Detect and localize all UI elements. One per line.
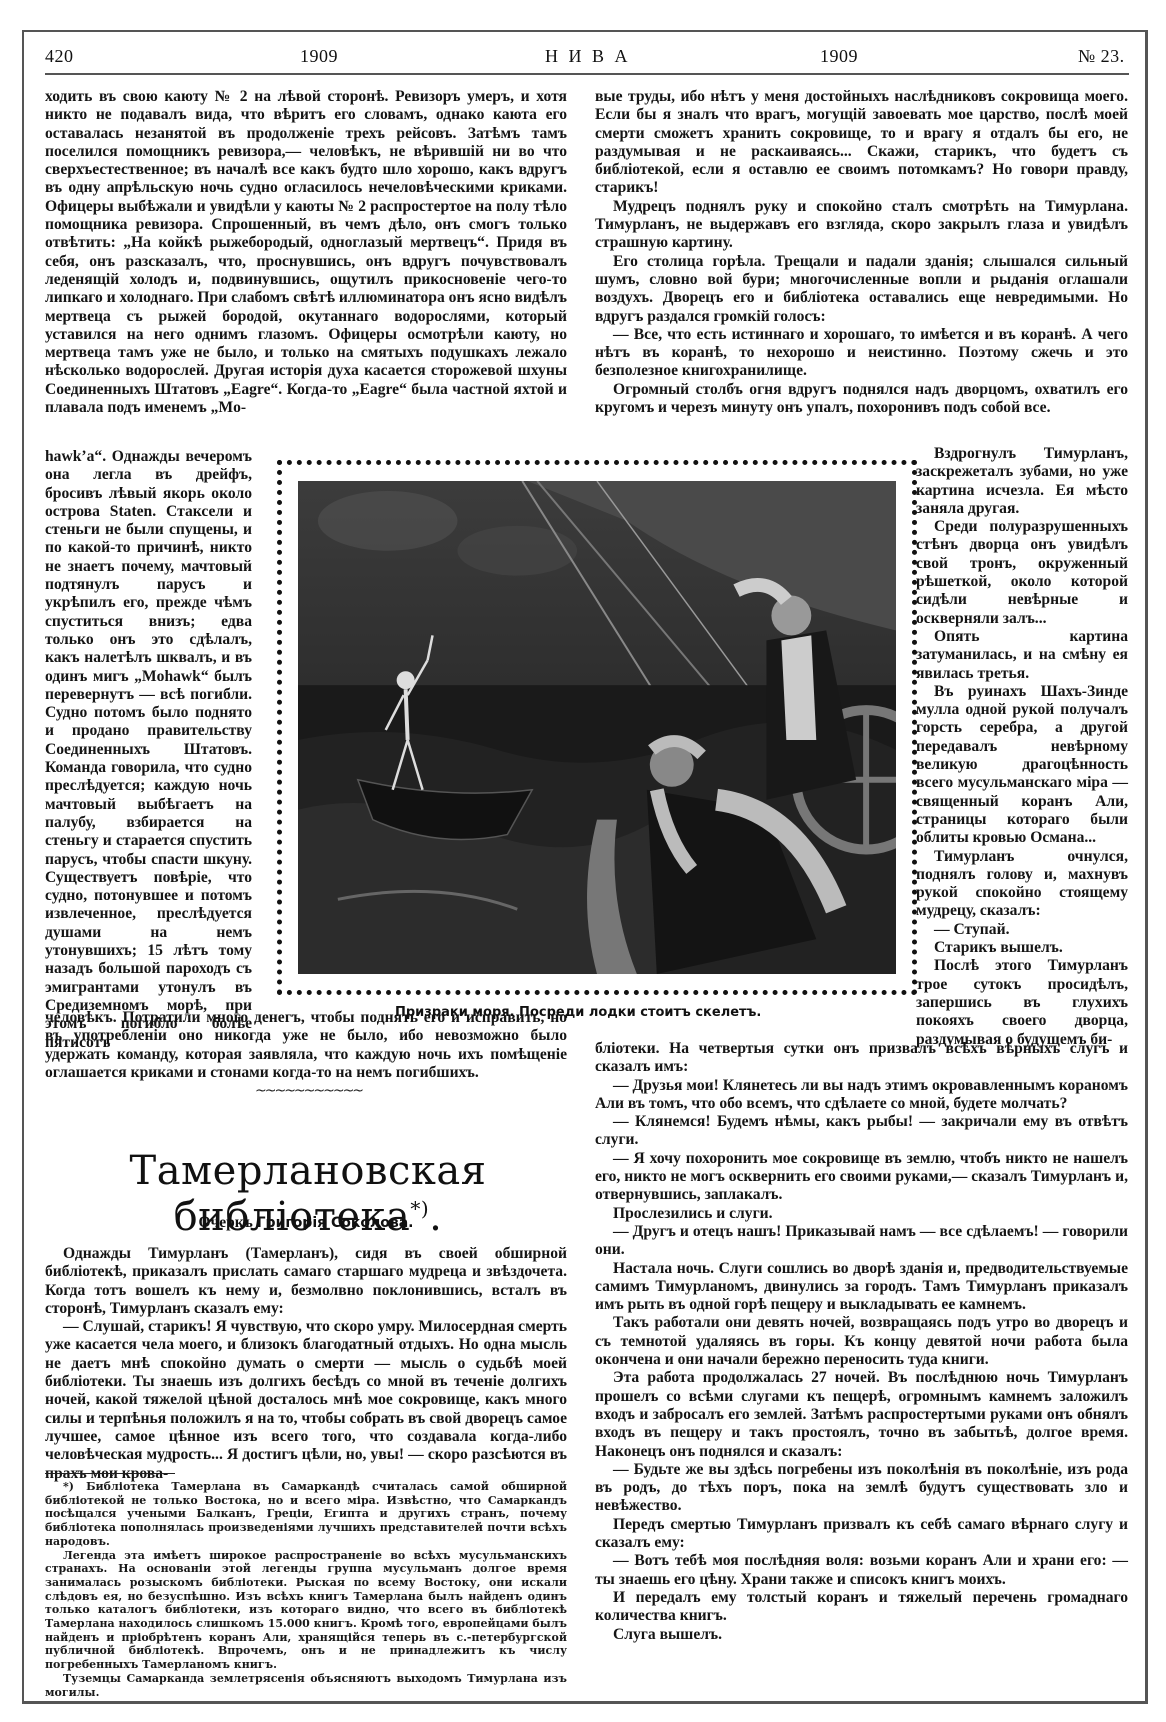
paragraph: — Ступай.: [916, 921, 1128, 939]
paragraph: вые труды, ибо нѣтъ у меня достойныхъ на…: [595, 88, 1128, 198]
paragraph: Прослезились и слуги.: [595, 1205, 1128, 1223]
header-rule: [45, 73, 1129, 75]
paragraph: — Другъ и отецъ нашъ! Приказывай намъ — …: [595, 1223, 1128, 1260]
issue-number: № 23.: [1078, 46, 1125, 67]
paragraph: — Друзья мои! Клянетесь ли вы надъ этимъ…: [595, 1077, 1128, 1114]
paragraph: Мудрецъ поднялъ руку и спокойно сталъ см…: [595, 198, 1128, 253]
article-right-narrow-column: Вздрогнулъ Тимурланъ, заскрежеталъ зубам…: [916, 445, 1128, 1049]
paragraph: Его столица горѣла. Трещали и падали зда…: [595, 253, 1128, 326]
section-ornament: ~~~~~~~~~~~: [255, 1083, 355, 1099]
byline-prefix: Очеркъ: [198, 1214, 252, 1231]
paragraph: — Я хочу похоронить мое сокровище въ зем…: [595, 1150, 1128, 1205]
left-narrow-column: hawk’a“. Однажды вечеромъ она легла въ д…: [45, 448, 252, 1052]
illustration-image: [298, 481, 896, 974]
footnote-rule: [45, 1473, 175, 1474]
paragraph: Такъ работали они девять ночей, возвраща…: [595, 1314, 1128, 1369]
journal-title: Н И В А: [545, 46, 631, 67]
article-right-column-bottom: бліотеки. На четвертыя сутки онъ призвал…: [595, 1040, 1128, 1644]
footnote: *) Библіотека Тамерлана въ Самаркандѣ сч…: [45, 1480, 567, 1549]
illustration-frame: [277, 460, 917, 995]
paragraph: Старикъ вышелъ.: [916, 939, 1128, 957]
ghost-ship-illustration-icon: [298, 481, 896, 974]
article-right-column-top: вые труды, ибо нѣтъ у меня достойныхъ на…: [595, 88, 1128, 417]
paragraph: Настала ночь. Слуги сошлись во дворѣ зда…: [595, 1260, 1128, 1315]
paragraph: бліотеки. На четвертыя сутки онъ призвал…: [595, 1040, 1128, 1077]
footnotes: *) Библіотека Тамерлана въ Самаркандѣ сч…: [45, 1480, 567, 1699]
paragraph: — Слушай, старикъ! Я чувствую, что скоро…: [45, 1318, 567, 1483]
paragraph: Среди полуразрушенныхъ стѣнъ дворца онъ …: [916, 518, 1128, 628]
paragraph: Слуга вышелъ.: [595, 1626, 1128, 1644]
paragraph: И передалъ ему толстый коранъ и тяжелый …: [595, 1589, 1128, 1626]
paragraph: — Вотъ тебѣ моя послѣдняя воля: возьми к…: [595, 1552, 1128, 1589]
paragraph: Огромный столбъ огня вдругъ поднялся над…: [595, 381, 1128, 418]
article-byline: Очеркъ Григорія Соколова.: [45, 1214, 567, 1232]
left-column-top: ходить въ свою каюту № 2 на лѣвой сторон…: [45, 88, 567, 417]
footnote: Легенда эта имѣетъ широкое распространен…: [45, 1549, 567, 1672]
paragraph: — Все, что есть истиннаго и хорошаго, то…: [595, 326, 1128, 381]
paragraph: Тимурланъ очнулся, поднялъ голову и, мах…: [916, 848, 1128, 921]
paragraph: hawk’a“. Однажды вечеромъ она легла въ д…: [45, 448, 252, 1052]
author-name: Григорія Соколова.: [257, 1215, 414, 1231]
paragraph: ходить въ свою каюту № 2 на лѣвой сторон…: [45, 88, 567, 417]
paragraph: Однажды Тимурланъ (Тамерланъ), сидя въ с…: [45, 1245, 567, 1318]
paragraph: — Будьте же вы здѣсь погребены изъ покол…: [595, 1461, 1128, 1516]
paragraph: Послѣ этого Тимурланъ трое сутокъ просид…: [916, 957, 1128, 1048]
paragraph: Вздрогнулъ Тимурланъ, заскрежеталъ зубам…: [916, 445, 1128, 518]
paragraph: Передъ смертью Тимурланъ призвалъ къ себ…: [595, 1516, 1128, 1553]
paragraph: — Клянемся! Будемъ нѣмы, какъ рыбы! — за…: [595, 1113, 1128, 1150]
year-left: 1909: [300, 46, 338, 67]
page-number: 420: [45, 46, 74, 67]
illustration-caption: Призраки моря. Посреди лодки стоитъ скел…: [395, 1005, 815, 1020]
year-right: 1909: [820, 46, 858, 67]
article-left-column: Однажды Тимурланъ (Тамерланъ), сидя въ с…: [45, 1245, 567, 1483]
paragraph: Опять картина затуманилась, и на смѣну е…: [916, 628, 1128, 683]
paragraph: Въ руинахъ Шахъ-Зинде мулла одной рукой …: [916, 683, 1128, 848]
footnote: Туземцы Самарканда землетрясенія объясня…: [45, 1672, 567, 1699]
paragraph: Эта работа продолжалась 27 ночей. Въ пос…: [595, 1369, 1128, 1460]
